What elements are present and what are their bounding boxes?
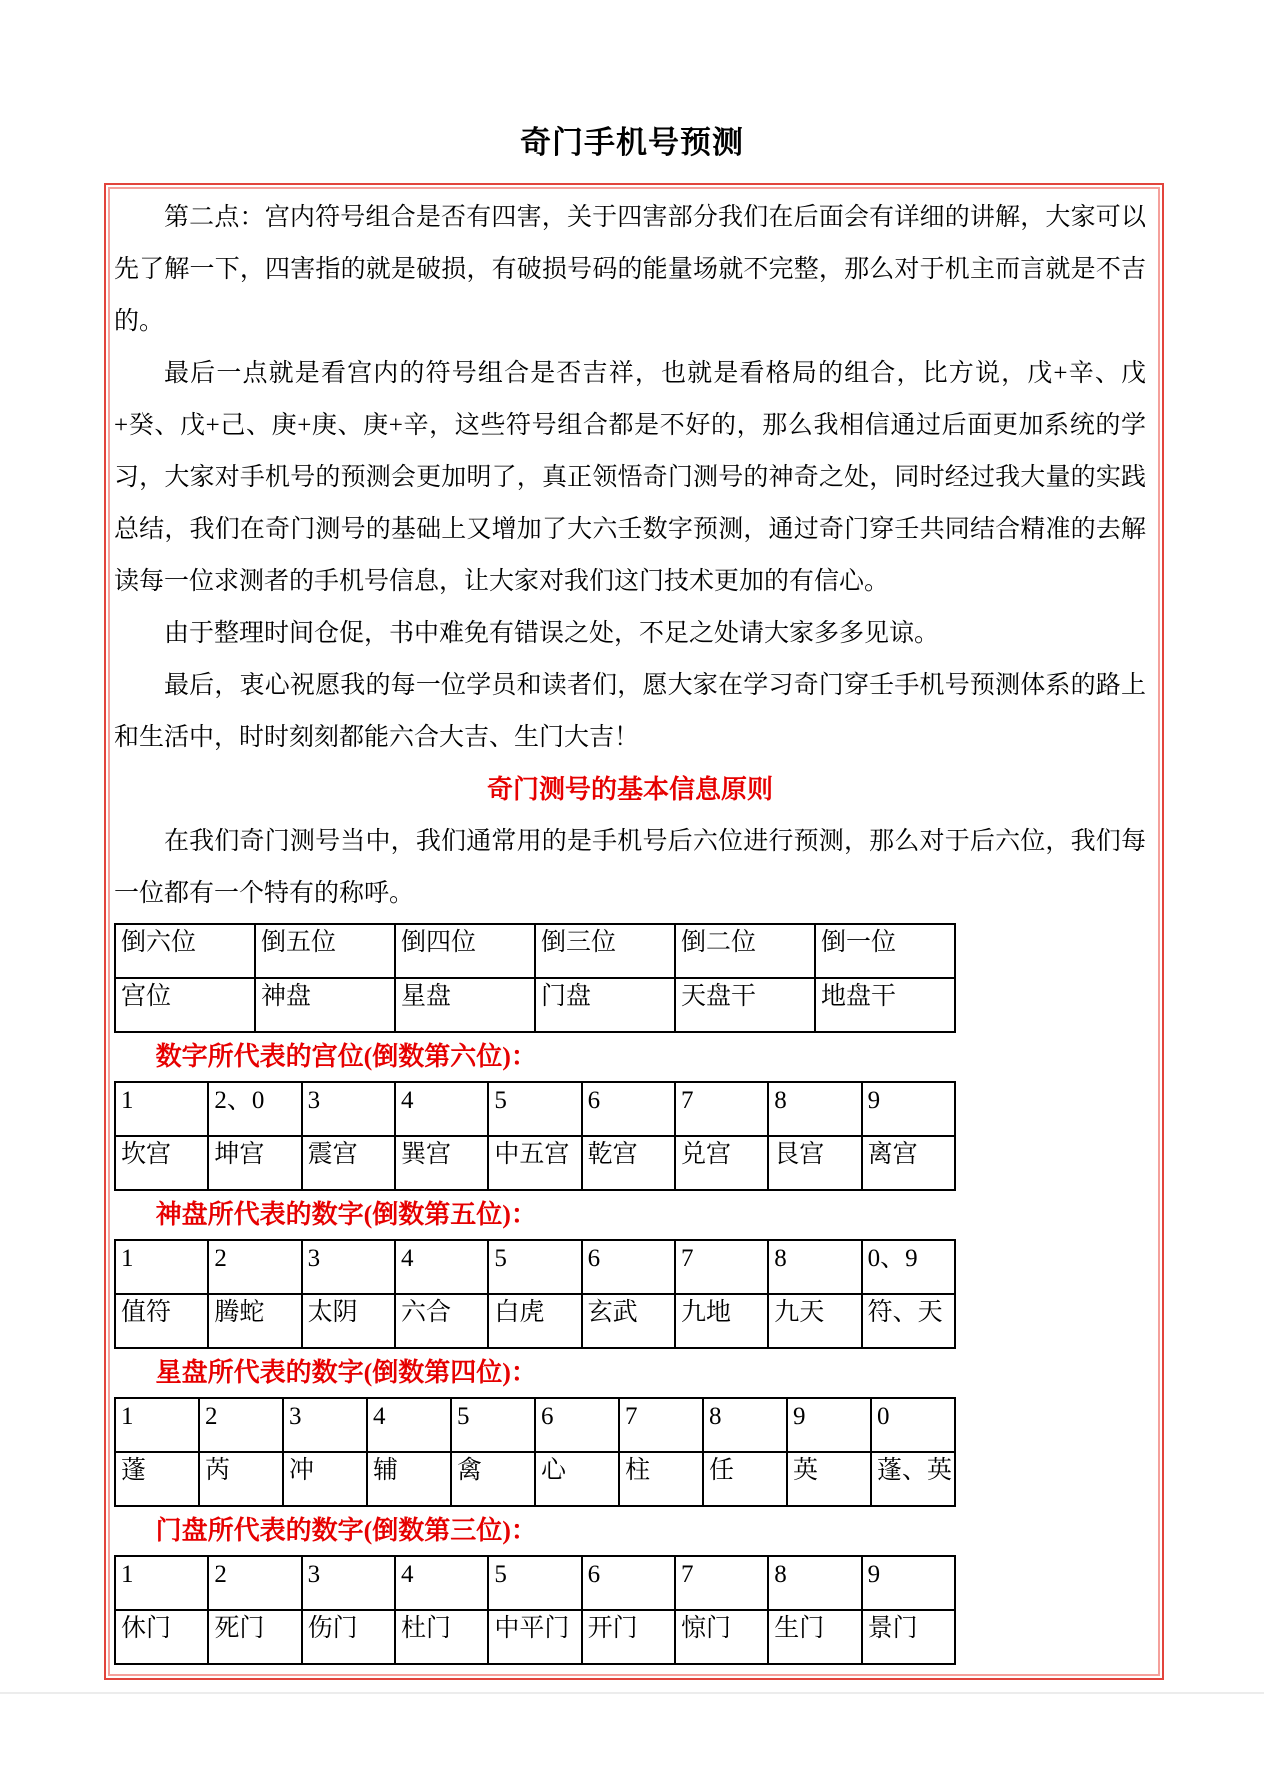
table-cell: 心	[535, 1452, 619, 1506]
table-row: 1234567890	[115, 1398, 955, 1452]
table-cell: 值符	[115, 1294, 208, 1348]
table-cell: 天盘干	[675, 978, 815, 1032]
table-cell: 开门	[582, 1610, 675, 1664]
table-cell: 倒五位	[255, 924, 395, 978]
table-row: 倒六位倒五位倒四位倒三位倒二位倒一位	[115, 924, 955, 978]
men-pan-table: 123456789休门死门伤门杜门中平门开门惊门生门景门	[114, 1555, 956, 1665]
section-title-basic-principles: 奇门测号的基本信息原则	[114, 764, 1146, 816]
table-cell: 2、0	[208, 1082, 301, 1136]
content-border-box-inner: 第二点：宫内符号组合是否有四害，关于四害部分我们在后面会有详细的讲解，大家可以先…	[108, 187, 1160, 1676]
content-border-box: 第二点：宫内符号组合是否有四害，关于四害部分我们在后面会有详细的讲解，大家可以先…	[104, 183, 1164, 1680]
table-cell: 坎宫	[115, 1136, 208, 1190]
table-row: 休门死门伤门杜门中平门开门惊门生门景门	[115, 1610, 955, 1664]
table-cell: 生门	[768, 1610, 861, 1664]
paragraph-four-harms: 第二点：宫内符号组合是否有四害，关于四害部分我们在后面会有详细的讲解，大家可以先…	[114, 192, 1146, 348]
table-cell: 6	[582, 1240, 675, 1294]
shen-pan-table: 123456780、9值符腾蛇太阴六合白虎玄武九地九天符、天	[114, 1239, 956, 1349]
table-cell: 玄武	[582, 1294, 675, 1348]
table-cell: 1	[115, 1240, 208, 1294]
table-cell: 5	[488, 1556, 581, 1610]
table-cell: 休门	[115, 1610, 208, 1664]
table-cell: 1	[115, 1556, 208, 1610]
table-cell: 中五宫	[488, 1136, 581, 1190]
table-cell: 6	[582, 1082, 675, 1136]
paragraph-intro-six-digits: 在我们奇门测号当中，我们通常用的是手机号后六位进行预测，那么对于后六位，我们每一…	[114, 816, 1146, 920]
paragraph-apology: 由于整理时间仓促，书中难免有错误之处，不足之处请大家多多见谅。	[114, 608, 1146, 660]
table-cell: 兑宫	[675, 1136, 768, 1190]
table-cell: 2	[208, 1240, 301, 1294]
table-cell: 乾宫	[582, 1136, 675, 1190]
table-row: 123456780、9	[115, 1240, 955, 1294]
paragraph-symbol-combinations: 最后一点就是看宫内的符号组合是否吉祥，也就是看格局的组合，比方说，戊+辛、戊+癸…	[114, 348, 1146, 608]
table-cell: 惊门	[675, 1610, 768, 1664]
table-cell: 蓬、英	[871, 1452, 955, 1506]
table-cell: 9	[787, 1398, 871, 1452]
table-cell: 6	[535, 1398, 619, 1452]
sub-heading-palace-digits: 数字所代表的宫位(倒数第六位)：	[114, 1037, 1146, 1077]
table-cell: 倒四位	[395, 924, 535, 978]
table-cell: 地盘干	[815, 978, 955, 1032]
table-cell: 7	[675, 1556, 768, 1610]
table-cell: 符、天	[862, 1294, 955, 1348]
table-cell: 8	[768, 1240, 861, 1294]
table-cell: 杜门	[395, 1610, 488, 1664]
table-cell: 1	[115, 1082, 208, 1136]
table-cell: 3	[283, 1398, 367, 1452]
table-cell: 九地	[675, 1294, 768, 1348]
table-cell: 5	[488, 1082, 581, 1136]
table-cell: 7	[675, 1240, 768, 1294]
table-row: 蓬芮冲辅禽心柱任英蓬、英	[115, 1452, 955, 1506]
table-cell: 0	[871, 1398, 955, 1452]
table-cell: 倒一位	[815, 924, 955, 978]
table-cell: 2	[199, 1398, 283, 1452]
table-cell: 门盘	[535, 978, 675, 1032]
table-cell: 冲	[283, 1452, 367, 1506]
sub-heading-tian-di-pan-digits: 天地盘所代表的数字(倒数第二、第一位)：	[114, 1669, 1146, 1676]
table-cell: 8	[768, 1082, 861, 1136]
table-cell: 英	[787, 1452, 871, 1506]
table-cell: 4	[395, 1240, 488, 1294]
sub-heading-men-pan-digits: 门盘所代表的数字(倒数第三位)：	[114, 1511, 1146, 1551]
table-cell: 5	[488, 1240, 581, 1294]
table-cell: 任	[703, 1452, 787, 1506]
table-cell: 倒二位	[675, 924, 815, 978]
table-row: 宫位神盘星盘门盘天盘干地盘干	[115, 978, 955, 1032]
table-cell: 4	[395, 1556, 488, 1610]
table-cell: 宫位	[115, 978, 255, 1032]
table-cell: 蓬	[115, 1452, 199, 1506]
table-cell: 2	[208, 1556, 301, 1610]
table-cell: 禽	[451, 1452, 535, 1506]
table-cell: 死门	[208, 1610, 301, 1664]
page-break-line	[0, 1692, 1264, 1694]
table-cell: 7	[675, 1082, 768, 1136]
document-page: 奇门手机号预测 第二点：宫内符号组合是否有四害，关于四害部分我们在后面会有详细的…	[0, 0, 1264, 1780]
table-cell: 9	[862, 1082, 955, 1136]
xing-pan-table: 1234567890蓬芮冲辅禽心柱任英蓬、英	[114, 1397, 956, 1507]
table-cell: 芮	[199, 1452, 283, 1506]
table-cell: 0、9	[862, 1240, 955, 1294]
table-cell: 景门	[862, 1610, 955, 1664]
table-cell: 3	[302, 1240, 395, 1294]
table-cell: 1	[115, 1398, 199, 1452]
digit-position-names-table: 倒六位倒五位倒四位倒三位倒二位倒一位宫位神盘星盘门盘天盘干地盘干	[114, 923, 956, 1033]
table-row: 值符腾蛇太阴六合白虎玄武九地九天符、天	[115, 1294, 955, 1348]
table-cell: 3	[302, 1556, 395, 1610]
table-cell: 5	[451, 1398, 535, 1452]
table-cell: 中平门	[488, 1610, 581, 1664]
table-cell: 震宫	[302, 1136, 395, 1190]
table-row: 123456789	[115, 1556, 955, 1610]
sub-heading-xing-pan-digits: 星盘所代表的数字(倒数第四位)：	[114, 1353, 1146, 1393]
table-cell: 白虎	[488, 1294, 581, 1348]
table-row: 12、03456789	[115, 1082, 955, 1136]
table-cell: 柱	[619, 1452, 703, 1506]
table-cell: 8	[703, 1398, 787, 1452]
sub-heading-shen-pan-digits: 神盘所代表的数字(倒数第五位)：	[114, 1195, 1146, 1235]
table-cell: 六合	[395, 1294, 488, 1348]
table-cell: 星盘	[395, 978, 535, 1032]
document-title: 奇门手机号预测	[0, 0, 1264, 167]
table-cell: 伤门	[302, 1610, 395, 1664]
table-cell: 倒六位	[115, 924, 255, 978]
table-cell: 坤宫	[208, 1136, 301, 1190]
table-cell: 艮宫	[768, 1136, 861, 1190]
table-cell: 离宫	[862, 1136, 955, 1190]
table-cell: 神盘	[255, 978, 395, 1032]
table-cell: 辅	[367, 1452, 451, 1506]
table-cell: 7	[619, 1398, 703, 1452]
table-cell: 巽宫	[395, 1136, 488, 1190]
table-cell: 倒三位	[535, 924, 675, 978]
table-cell: 4	[367, 1398, 451, 1452]
table-row: 坎宫坤宫震宫巽宫中五宫乾宫兑宫艮宫离宫	[115, 1136, 955, 1190]
table-cell: 4	[395, 1082, 488, 1136]
table-cell: 3	[302, 1082, 395, 1136]
paragraph-wishes: 最后，衷心祝愿我的每一位学员和读者们，愿大家在学习奇门穿壬手机号预测体系的路上和…	[114, 660, 1146, 764]
palace-table: 12、03456789坎宫坤宫震宫巽宫中五宫乾宫兑宫艮宫离宫	[114, 1081, 956, 1191]
table-cell: 腾蛇	[208, 1294, 301, 1348]
table-cell: 九天	[768, 1294, 861, 1348]
table-cell: 6	[582, 1556, 675, 1610]
table-cell: 太阴	[302, 1294, 395, 1348]
table-cell: 8	[768, 1556, 861, 1610]
table-cell: 9	[862, 1556, 955, 1610]
